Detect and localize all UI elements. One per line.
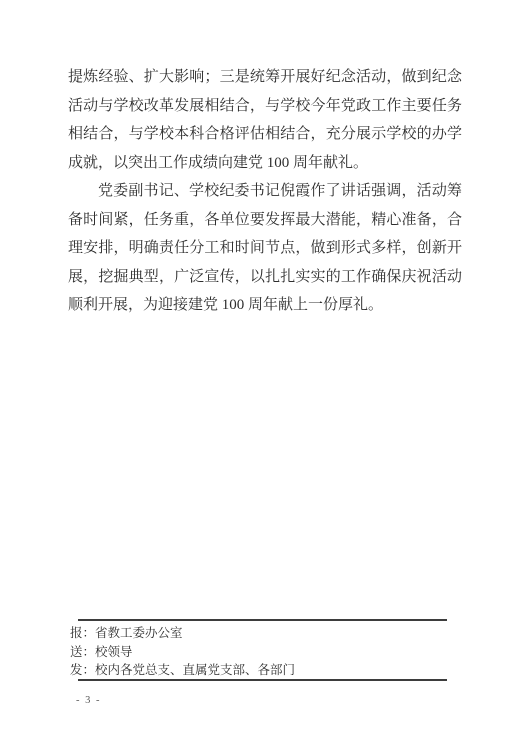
body-text-line: 活动与学校改革发展相结合，与学校今年党政工作主要任务 <box>68 92 462 121</box>
body-text-line: 顺利开展，为迎接建党 100 周年献上一份厚礼。 <box>68 291 462 320</box>
distribution-line: 送：校领导 <box>70 643 450 662</box>
page-number: - 3 - <box>76 695 101 706</box>
distribution-divider-bottom <box>78 679 447 681</box>
body-text-line: 理安排，明确责任分工和时间节点，做到形式多样，创新开 <box>68 234 462 263</box>
distribution-list: 报：省教工委办公室送：校领导发：校内各党总支、直属党支部、各部门 <box>70 624 450 680</box>
body-text-line: 相结合，与学校本科合格评估相结合，充分展示学校的办学 <box>68 120 462 149</box>
body-text-line: 提炼经验、扩大影响；三是统筹开展好纪念活动，做到纪念 <box>68 63 462 92</box>
distribution-line: 发：校内各党总支、直属党支部、各部门 <box>70 661 450 680</box>
distribution-line: 报：省教工委办公室 <box>70 624 450 643</box>
document-body: 提炼经验、扩大影响；三是统筹开展好纪念活动，做到纪念活动与学校改革发展相结合，与… <box>68 63 462 320</box>
body-text-line: 备时间紧，任务重，各单位要发挥最大潜能，精心准备，合 <box>68 206 462 235</box>
body-text-line: 展，挖掘典型，广泛宣传，以扎扎实实的工作确保庆祝活动 <box>68 263 462 292</box>
body-text-line: 成就，以突出工作成绩向建党 100 周年献礼。 <box>68 149 462 178</box>
document-page: 提炼经验、扩大影响；三是统筹开展好纪念活动，做到纪念活动与学校改革发展相结合，与… <box>0 0 531 750</box>
body-text-line: 党委副书记、学校纪委书记倪霞作了讲话强调，活动筹 <box>68 177 462 206</box>
distribution-divider-top <box>78 619 447 621</box>
